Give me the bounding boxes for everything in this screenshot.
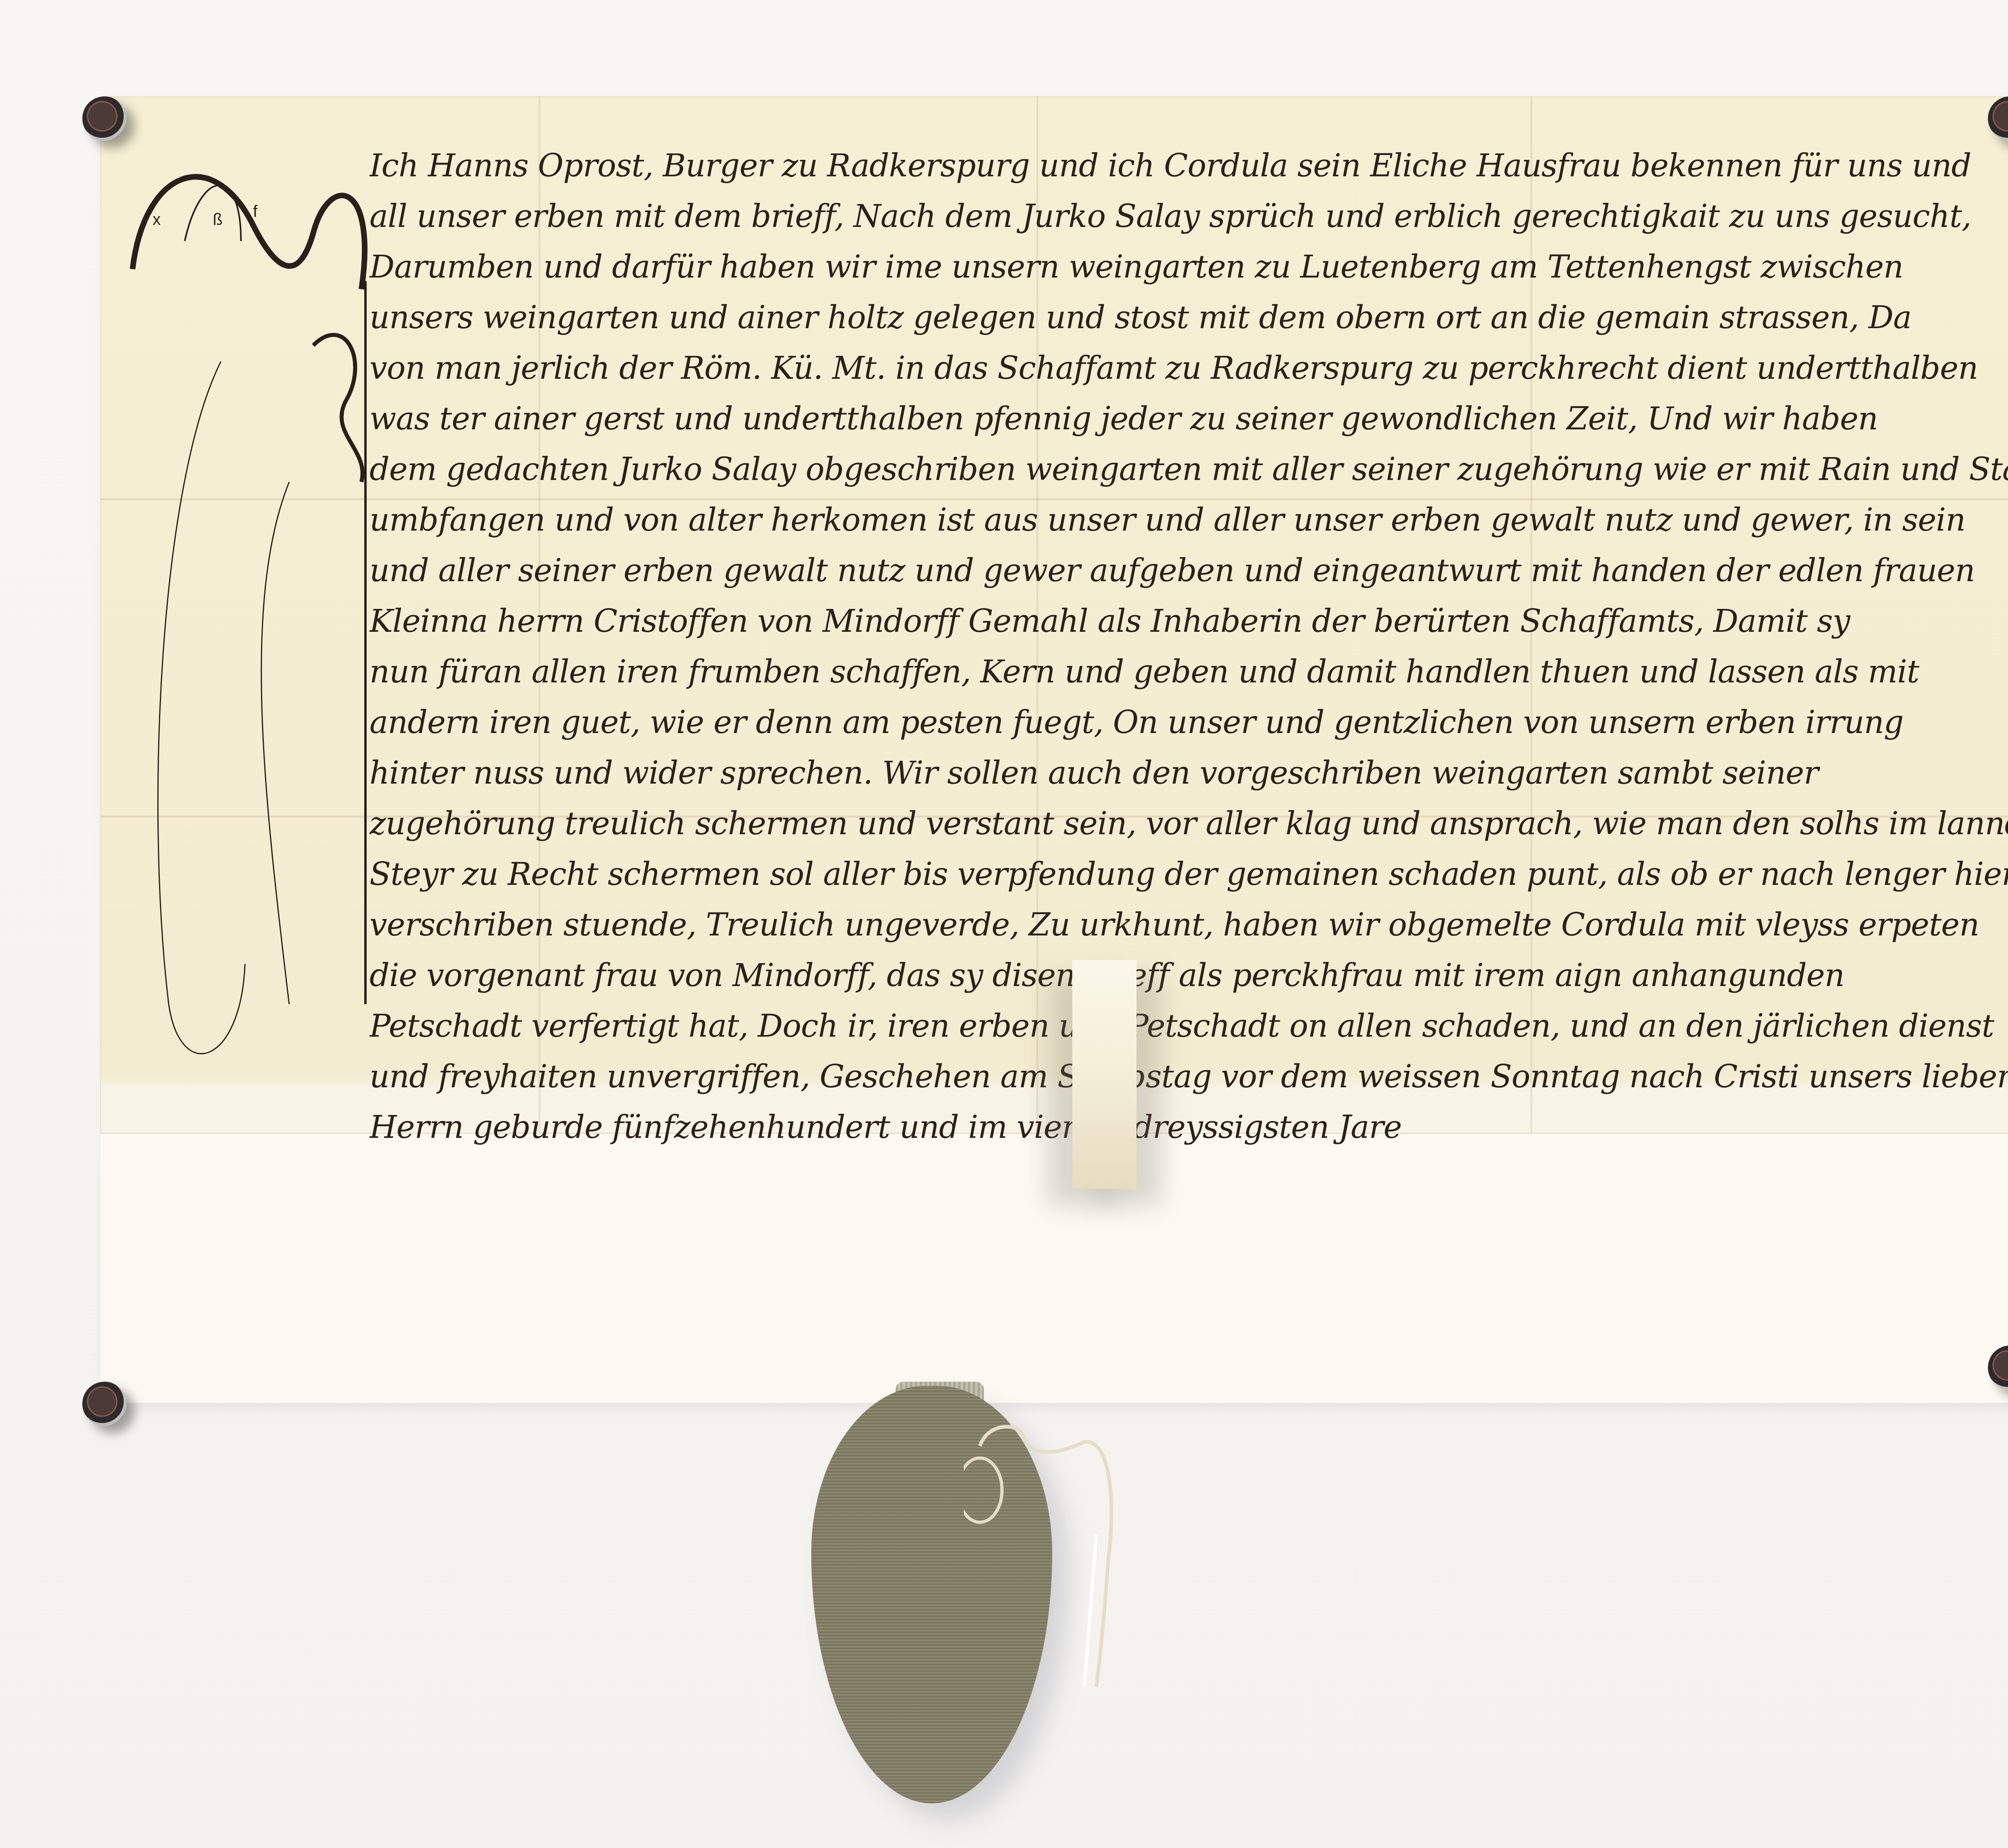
svg-text:x: x bbox=[153, 211, 161, 229]
text-line: hinter nuss und wider sprechen. Wir soll… bbox=[369, 748, 2008, 798]
seal-tag bbox=[1072, 960, 1137, 1189]
magnet-weight-bottom-left bbox=[82, 1382, 127, 1426]
text-line: und aller seiner erben gewalt nutz und g… bbox=[369, 545, 2008, 596]
magnet-weight-top-left bbox=[82, 96, 127, 141]
text-line: Petschadt verfertigt hat, Doch ir, iren … bbox=[369, 1001, 2008, 1052]
text-line: verschriben stuende, Treulich ungeverde,… bbox=[369, 900, 2008, 950]
text-line: und freyhaiten unvergriffen, Geschehen a… bbox=[369, 1052, 2008, 1102]
text-line: unsers weingarten und ainer holtz gelege… bbox=[369, 292, 2008, 343]
svg-text:ß: ß bbox=[213, 211, 222, 229]
text-line: Herrn geburde fünfzehenhundert und im vi… bbox=[369, 1102, 2008, 1153]
text-line: Steyr zu Recht schermen sol aller bis ve… bbox=[369, 849, 2008, 900]
charter-text: Ich Hanns Oprost, Burger zu Radkerspurg … bbox=[369, 141, 2008, 1153]
text-line: die vorgenant frau von Mindorff, das sy … bbox=[369, 950, 2008, 1001]
text-line: Kleinna herrn Cristoffen von Mindorff Ge… bbox=[369, 596, 2008, 647]
initial-flourish: x ß f bbox=[120, 120, 402, 1125]
text-line: zugehörung treulich schermen und verstan… bbox=[369, 798, 2008, 849]
text-line: Ich Hanns Oprost, Burger zu Radkerspurg … bbox=[369, 141, 2008, 191]
text-line: dem gedachten Jurko Salay obgeschriben w… bbox=[369, 444, 2008, 495]
svg-text:f: f bbox=[253, 203, 258, 221]
text-line: andern iren guet, wie er denn am pesten … bbox=[369, 697, 2008, 748]
drawstring bbox=[964, 1414, 1133, 1719]
text-line: Darumben und darfür haben wir ime unsern… bbox=[369, 242, 2008, 292]
text-line: von man jerlich der Röm. Kü. Mt. in das … bbox=[369, 343, 2008, 394]
text-line: umbfangen und von alter herkomen ist aus… bbox=[369, 495, 2008, 545]
plica-turn-up bbox=[100, 1133, 2008, 1403]
text-line: nun füran allen iren frumben schaffen, K… bbox=[369, 647, 2008, 697]
text-line: was ter ainer gerst und undertthalben pf… bbox=[369, 394, 2008, 444]
text-line: all unser erben mit dem brieff, Nach dem… bbox=[369, 191, 2008, 242]
